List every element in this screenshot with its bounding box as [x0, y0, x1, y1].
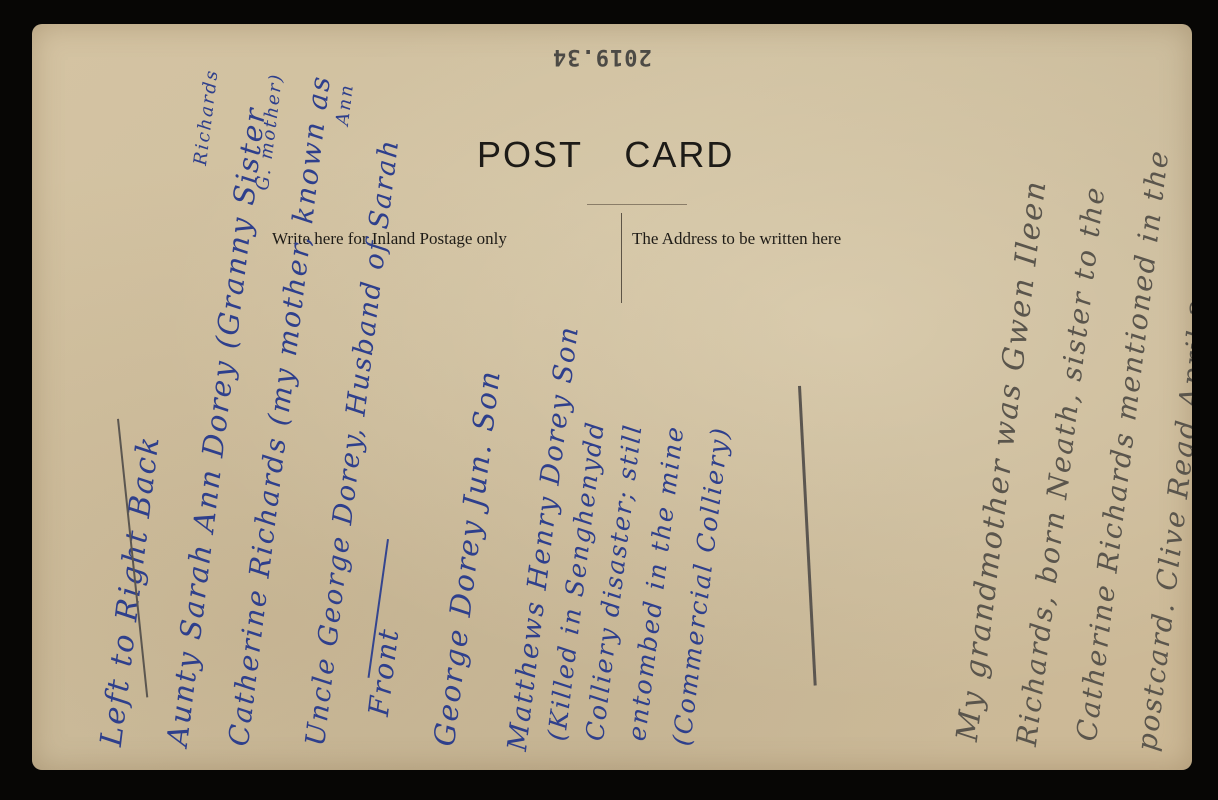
postcard-back: 2019.34 POST CARD Write here for Inland … — [32, 24, 1192, 770]
handwritten-line-richards-note: Richards — [190, 68, 223, 167]
handwritten-line-ann: Ann — [332, 82, 358, 126]
title-rule — [587, 204, 687, 205]
handwritten-line-george-jun: George Dorey Jun. Son — [427, 367, 507, 748]
pencil-vertical-stroke — [798, 386, 817, 686]
accession-number: 2019.34 — [552, 44, 652, 69]
center-divider — [621, 213, 622, 303]
postcard-title: POST CARD — [477, 134, 734, 176]
printed-address-label: The Address to be written here — [632, 229, 841, 249]
handwritten-heading-left-to-right: Left to Right Back — [94, 433, 167, 748]
